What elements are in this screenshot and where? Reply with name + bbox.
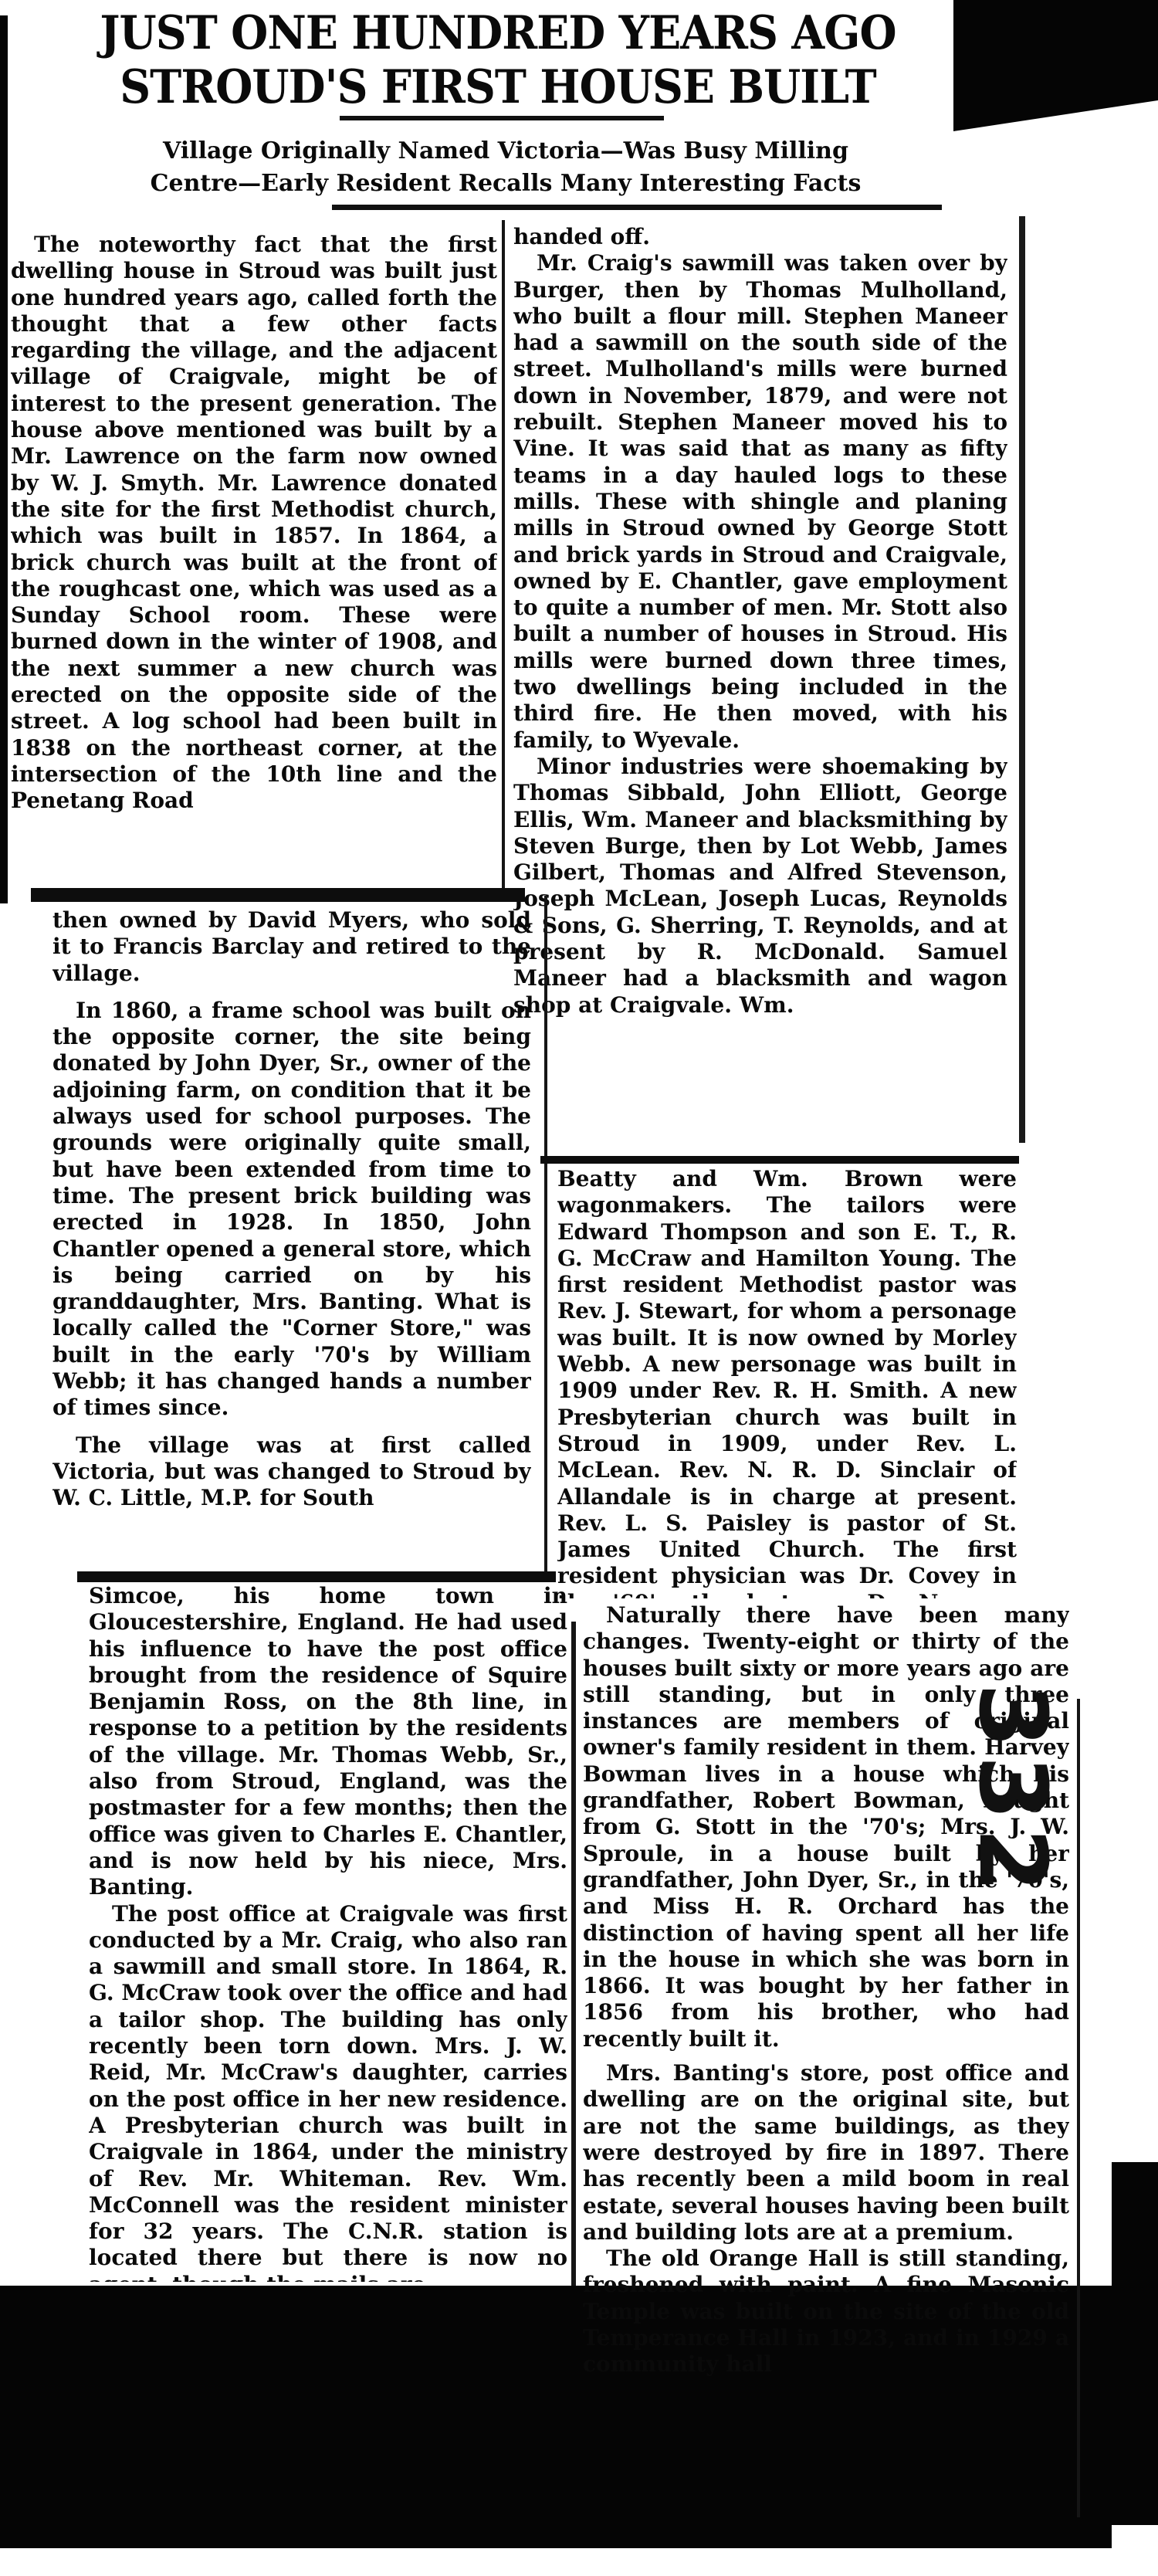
column-border-right	[1019, 216, 1025, 1143]
paragraph: The village was at first called Victoria…	[52, 1432, 531, 1512]
paragraph: Simcoe, his home town in Gloucestershire…	[89, 1583, 567, 1901]
article-column-2-top: handed off. Mr. Craig's sawmill was take…	[513, 224, 1007, 1116]
subheadline-line-1: Village Originally Named Victoria—Was Bu…	[46, 135, 965, 168]
article-column-2-middle: Beatty and Wm. Brown were wagonmakers. T…	[557, 1166, 1017, 1598]
headline-line-1: JUST ONE HUNDRED YEARS AGO	[83, 6, 913, 60]
scan-background-top-right	[953, 0, 1158, 100]
paragraph: Mrs. Banting's store, post office and dw…	[583, 2060, 1069, 2246]
column-divider	[571, 1622, 576, 2286]
article-column-1-bottom: Simcoe, his home town in Gloucestershire…	[89, 1583, 567, 2282]
paragraph: then owned by David Myers, who sold it t…	[52, 907, 531, 987]
paragraph: The noteworthy fact that the first dwell…	[11, 232, 497, 815]
clipping-cut-line	[31, 888, 525, 902]
paragraph: handed off.	[513, 224, 1007, 250]
subheadline-rule	[332, 205, 942, 210]
scan-background-left-edge	[0, 15, 8, 903]
column-border-right	[1077, 1699, 1080, 2517]
article-column-1-top: The noteworthy fact that the first dwell…	[11, 232, 497, 865]
column-divider	[544, 896, 547, 1575]
paragraph: Mr. Craig's sawmill was taken over by Bu…	[513, 250, 1007, 754]
paragraph: Beatty and Wm. Brown were wagonmakers. T…	[557, 1166, 1017, 1598]
paragraph: The old Orange Hall is still standing, f…	[583, 2246, 1069, 2378]
article-column-1-middle: then owned by David Myers, who sold it t…	[52, 907, 531, 1564]
subheadline-line-2: Centre—Early Resident Recalls Many Inter…	[46, 168, 965, 200]
clipping-cut-line	[77, 1571, 556, 1582]
handwritten-page-number: 332	[958, 1683, 1065, 1900]
paragraph: Minor industries were shoemaking by Thom…	[513, 754, 1007, 1019]
scan-background-top-right-wedge	[953, 100, 1158, 131]
scan-background-right-bottom	[1112, 2162, 1158, 2525]
clipping-cut-line	[540, 1156, 1019, 1164]
subheadline: Village Originally Named Victoria—Was Bu…	[46, 135, 965, 200]
column-divider	[502, 220, 505, 892]
paragraph: The post office at Craigvale was first c…	[89, 1901, 567, 2282]
headline: JUST ONE HUNDRED YEARS AGO STROUD'S FIRS…	[83, 6, 913, 114]
headline-line-2: STROUD'S FIRST HOUSE BUILT	[83, 60, 913, 114]
paragraph: In 1860, a frame school was built on the…	[52, 998, 531, 1422]
headline-rule	[340, 116, 664, 120]
